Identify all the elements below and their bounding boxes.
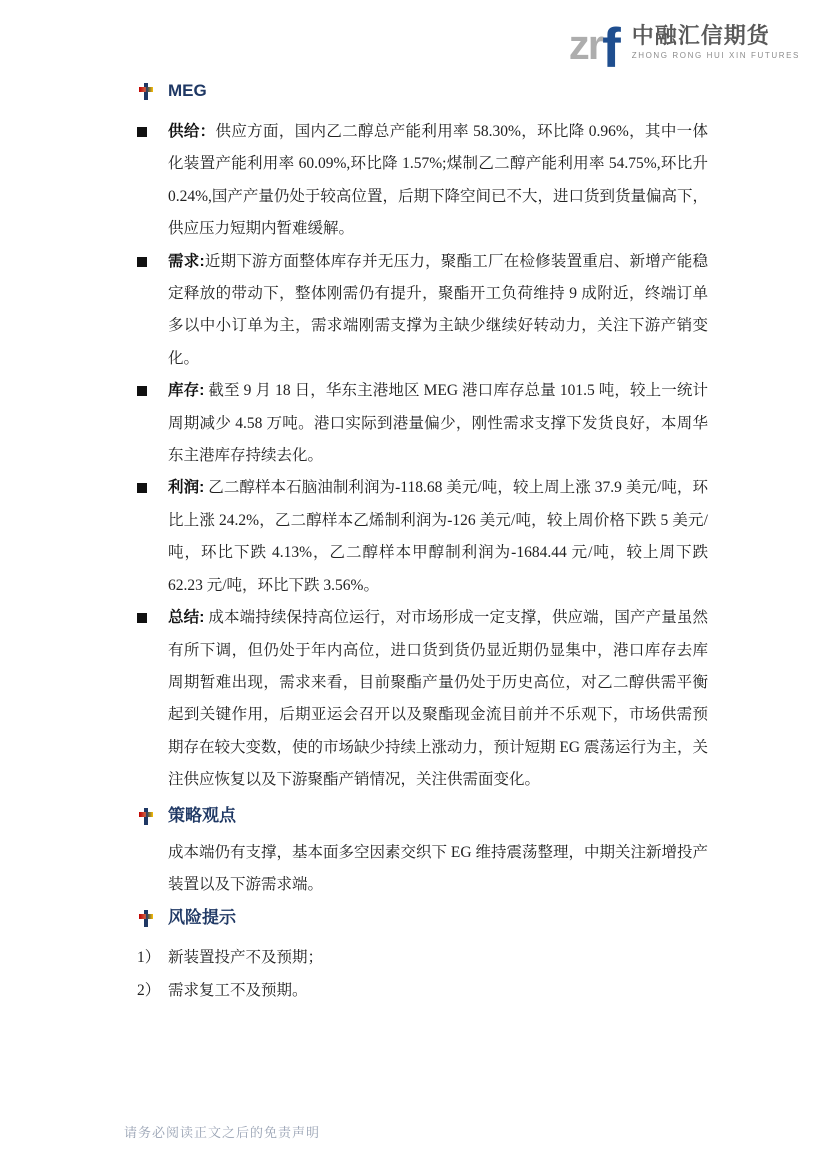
square-bullet-icon — [137, 386, 147, 396]
square-bullet-icon — [137, 483, 147, 493]
logo-zr-text: zr — [569, 24, 602, 66]
bullet-label: 需求: — [168, 253, 205, 270]
square-bullet-icon — [137, 257, 147, 267]
section-title: 风险提示 — [168, 908, 236, 927]
bullet-label: 供给： — [168, 123, 216, 140]
cross-bullet-icon — [139, 910, 153, 927]
company-name-cn: 中融汇信期货 — [632, 24, 800, 48]
company-name-en: ZHONG RONG HUI XIN FUTURES — [632, 51, 800, 60]
bullet-profit: 利润: 乙二醇样本石脑油制利润为-118.68 美元/吨，较上周上涨 37.9 … — [137, 472, 708, 602]
square-bullet-icon — [137, 127, 147, 137]
risk-item-number: 1） — [137, 941, 168, 974]
bullet-label: 库存: — [168, 382, 204, 399]
report-page: zrf 中融汇信期货 ZHONG RONG HUI XIN FUTURES ME… — [0, 0, 826, 1169]
strategy-body: 成本端仍有支撑，基本面多空因素交织下 EG 维持震荡整理，中期关注新增投产装置以… — [137, 837, 708, 902]
risk-item-text: 新装置投产不及预期； — [168, 941, 323, 974]
bullet-text: 供应方面，国内乙二醇总产能利用率 58.30%，环比降 0.96%，其中一体化装… — [168, 123, 708, 237]
risk-item-1: 1） 新装置投产不及预期； — [137, 941, 708, 974]
risk-item-text: 需求复工不及预期。 — [168, 974, 308, 1007]
logo-f-text: f — [602, 20, 620, 76]
risk-item-2: 2） 需求复工不及预期。 — [137, 974, 708, 1007]
bullet-inventory: 库存: 截至 9 月 18 日，华东主港地区 MEG 港口库存总量 101.5 … — [137, 375, 708, 472]
cross-bullet-icon — [139, 808, 153, 825]
footer-disclaimer: 请务必阅读正文之后的免责声明 — [124, 1122, 320, 1141]
bullet-text: 近期下游方面整体库存并无压力，聚酯工厂在检修装置重启、新增产能稳定释放的带动下，… — [168, 253, 708, 367]
company-logo: zrf 中融汇信期货 ZHONG RONG HUI XIN FUTURES — [569, 14, 800, 70]
report-body: MEG 供给：供应方面，国内乙二醇总产能利用率 58.30%，环比降 0.96%… — [137, 80, 708, 1007]
bullet-supply: 供给：供应方面，国内乙二醇总产能利用率 58.30%，环比降 0.96%，其中一… — [137, 116, 708, 246]
section-title: 策略观点 — [168, 806, 236, 825]
cross-bullet-icon — [139, 83, 153, 100]
bullet-text: 截至 9 月 18 日，华东主港地区 MEG 港口库存总量 101.5 吨，较上… — [168, 382, 708, 464]
bullet-text: 乙二醇样本石脑油制利润为-118.68 美元/吨，较上周上涨 37.9 美元/吨… — [168, 479, 708, 593]
section-header-meg: MEG — [137, 80, 708, 102]
bullet-label: 总结: — [168, 609, 204, 626]
logo-zrf-icon: zrf — [569, 14, 620, 70]
bullet-demand: 需求:近期下游方面整体库存并无压力，聚酯工厂在检修装置重启、新增产能稳定释放的带… — [137, 246, 708, 376]
square-bullet-icon — [137, 613, 147, 623]
section-title: MEG — [168, 81, 207, 100]
bullet-summary: 总结: 成本端持续保持高位运行，对市场形成一定支撑，供应端，国产产量虽然有所下调… — [137, 602, 708, 796]
bullet-text: 成本端持续保持高位运行，对市场形成一定支撑，供应端，国产产量虽然有所下调，但仍处… — [168, 609, 708, 788]
risk-item-number: 2） — [137, 974, 168, 1007]
bullet-label: 利润: — [168, 479, 204, 496]
section-header-strategy: 策略观点 — [137, 805, 708, 827]
logo-names: 中融汇信期货 ZHONG RONG HUI XIN FUTURES — [632, 24, 800, 60]
section-header-risk: 风险提示 — [137, 907, 708, 929]
